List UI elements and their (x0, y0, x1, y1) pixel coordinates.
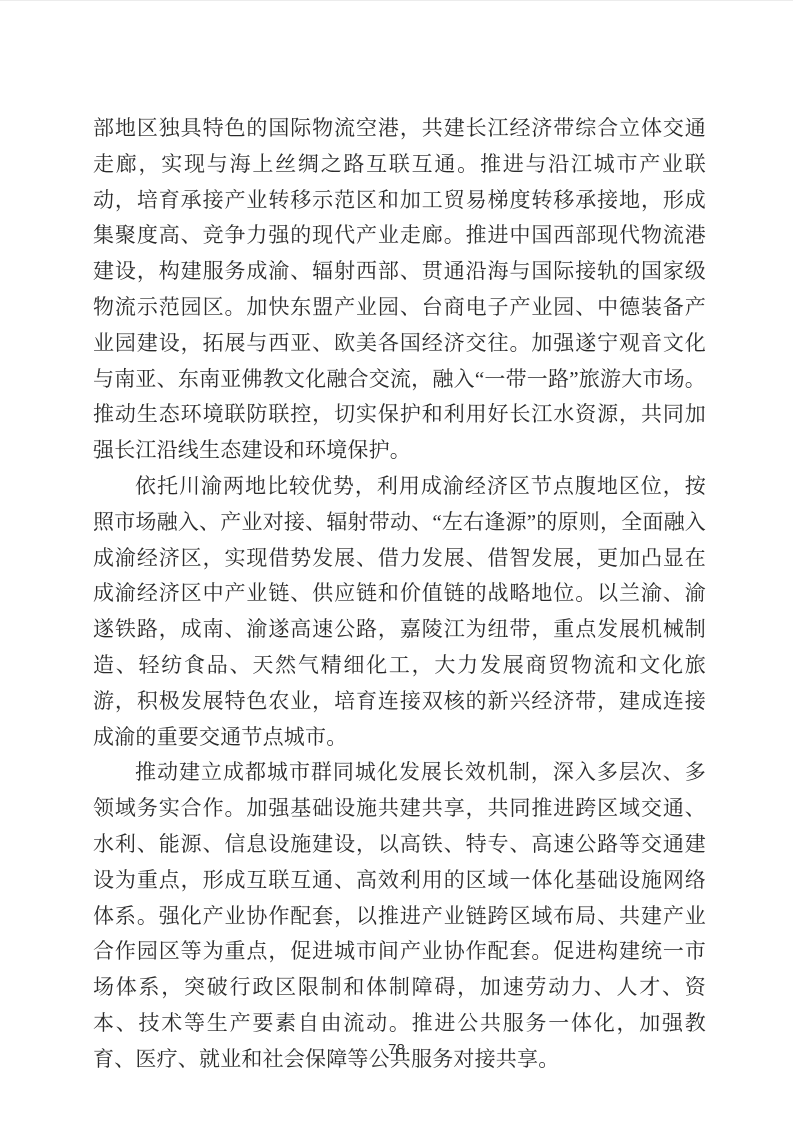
paragraph-continuation: 部地区独具特色的国际物流空港，共建长江经济带综合立体交通走廊，实现与海上丝绸之路… (93, 111, 706, 469)
body-text: 部地区独具特色的国际物流空港，共建长江经济带综合立体交通走廊，实现与海上丝绸之路… (93, 111, 706, 1078)
paragraph: 推动建立成都城市群同城化发展长效机制，深入多层次、多领域务实合作。加强基础设施共… (93, 755, 706, 1077)
paragraph: 依托川渝两地比较优势，利用成渝经济区节点腹地区位，按照市场融入、产业对接、辐射带… (93, 469, 706, 755)
page-number: 78 (0, 1041, 793, 1058)
document-page: 部地区独具特色的国际物流空港，共建长江经济带综合立体交通走廊，实现与海上丝绸之路… (0, 0, 793, 1122)
